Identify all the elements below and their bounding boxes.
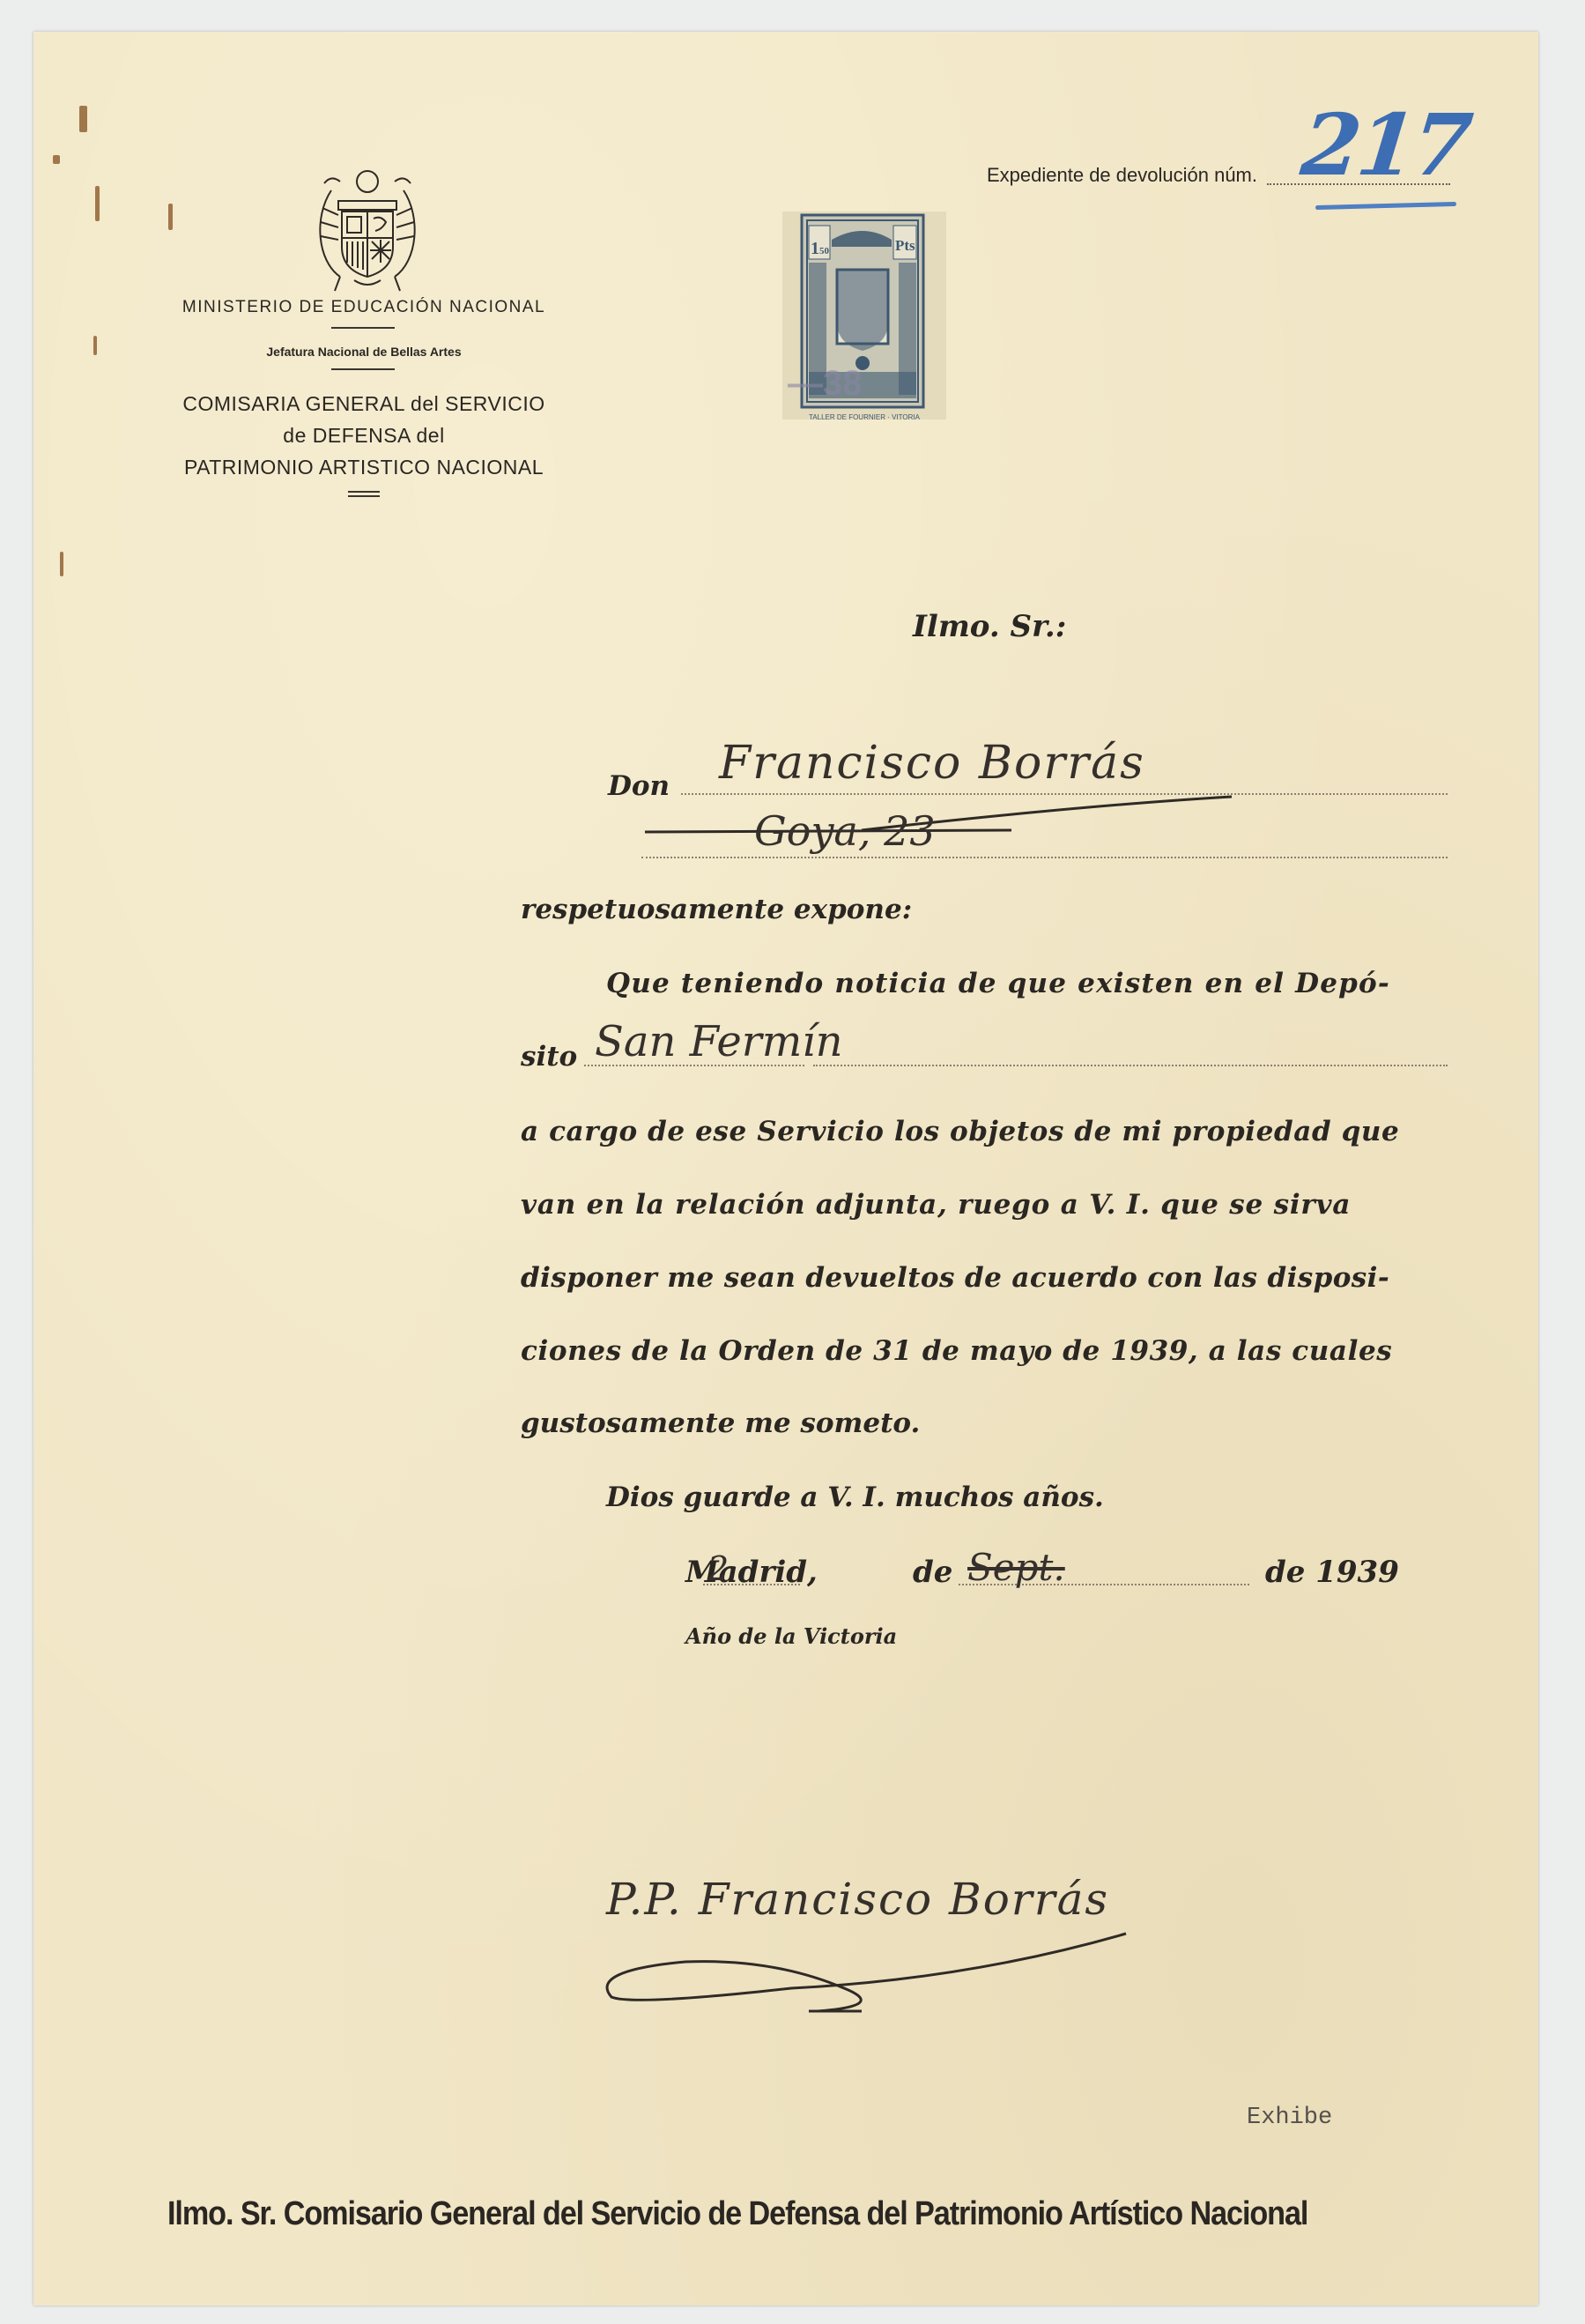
date-month-handwritten: Sept. <box>967 1546 1065 1589</box>
coat-of-arms-icon <box>314 164 421 294</box>
closing-line: Dios guarde a V. I. muchos años. <box>606 1481 1104 1513</box>
commission-heading: COMISARIA GENERAL del SERVICIO de DEFENS… <box>166 388 562 483</box>
svg-text:50: 50 <box>819 246 830 256</box>
tax-stamp-icon: 1 50 Pts TALLER DE FOURNIER · VITORIA —3… <box>775 199 971 430</box>
ministry-heading: MINISTERIO DE EDUCACIÓN NACIONAL <box>166 298 562 317</box>
date-de: de <box>913 1555 952 1590</box>
body-line-1: Que teniendo noticia de que existen en e… <box>606 968 1390 999</box>
date-year: de 1939 <box>1265 1555 1399 1590</box>
body-line-7: gustosamente me someto. <box>521 1407 920 1439</box>
date-motto: Año de la Victoria <box>685 1623 897 1649</box>
svg-text:TALLER DE FOURNIER · VITORIA: TALLER DE FOURNIER · VITORIA <box>809 413 921 421</box>
salutation: Ilmo. Sr.: <box>913 609 1066 644</box>
svg-text:1: 1 <box>811 239 819 258</box>
deposit-prefix: sito <box>521 1041 577 1073</box>
divider <box>331 368 395 370</box>
body-line-5: disponer me sean devueltos de acuerdo co… <box>521 1262 1389 1294</box>
address-field-line[interactable] <box>641 857 1448 858</box>
double-rule <box>348 491 380 497</box>
deposit-field-line-2[interactable] <box>813 1065 1448 1066</box>
rust-stain <box>60 552 63 576</box>
rust-stain <box>79 106 87 132</box>
date-day-handwritten: 2 <box>707 1549 729 1588</box>
body-line-3: a cargo de ese Servicio los objetos de m… <box>521 1116 1399 1147</box>
document-page: MINISTERIO DE EDUCACIÓN NACIONAL Jefatur… <box>33 32 1538 2305</box>
signature-flourish <box>597 1927 1161 2023</box>
number-underline <box>1315 202 1456 210</box>
body-line-6: ciones de la Orden de 31 de mayo de 1939… <box>521 1335 1392 1367</box>
department-heading: Jefatura Nacional de Bellas Artes <box>166 345 562 359</box>
divider <box>331 327 395 329</box>
name-flourish <box>641 788 1241 841</box>
rust-stain <box>95 186 100 221</box>
rust-stain <box>168 204 173 230</box>
expone-line: respetuosamente expone: <box>521 894 912 925</box>
body-line-4: van en la relación adjunta, ruego a V. I… <box>521 1189 1351 1221</box>
expediente-number: 217 <box>1297 95 1473 195</box>
expediente-label: Expediente de devolución núm. <box>987 164 1257 187</box>
deposit-handwritten: San Fermín <box>595 1017 842 1066</box>
typed-note: Exhibe <box>1247 2105 1332 2131</box>
signature-text: P.P. Francisco Borrás <box>606 1874 1109 1925</box>
rust-stain <box>93 336 97 355</box>
svg-text:—38: —38 <box>788 364 863 403</box>
svg-text:Pts: Pts <box>895 237 915 254</box>
applicant-name-handwritten: Francisco Borrás <box>719 737 1145 790</box>
rust-stain <box>53 155 60 164</box>
applicant-address-handwritten: Goya, 23 <box>754 807 936 855</box>
addressee-footer: Ilmo. Sr. Comisario General del Servicio… <box>167 2195 1315 2233</box>
